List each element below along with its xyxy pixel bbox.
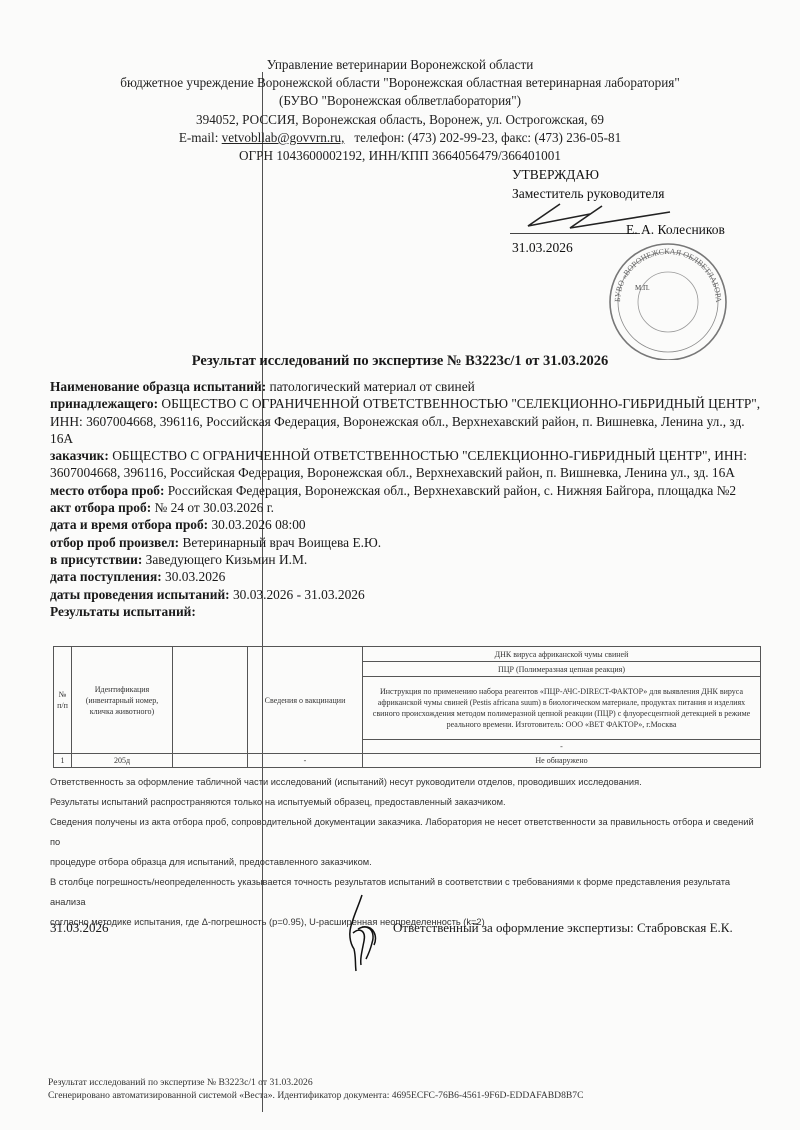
field-sampling-act: акт отбора проб: № 24 от 30.03.2026 г. xyxy=(50,499,762,516)
table-header-row-1: № п/п Идентификация (инвентарный номер, … xyxy=(54,647,761,662)
field-received-date: дата поступления: 30.03.2026 xyxy=(50,568,762,585)
svg-text:М.П.: М.П. xyxy=(635,284,650,292)
field-sample-name: Наименование образца испытаний: патологи… xyxy=(50,378,762,395)
col-header-instruction: Инструкция по применению набора реагенто… xyxy=(363,677,761,740)
col-header-num: № п/п xyxy=(54,647,72,754)
signoff-date: 31.03.2026 xyxy=(50,920,109,936)
field-test-dates: даты проведения испытаний: 30.03.2026 - … xyxy=(50,586,762,603)
header-authority: Управление ветеринарии Воронежской облас… xyxy=(0,56,800,74)
footer: Результат исследований по экспертизе № В… xyxy=(48,1076,583,1102)
field-sampling-datetime: дата и время отбора проб: 30.03.2026 08:… xyxy=(50,516,762,533)
col-header-test-name: ДНК вируса африканской чумы свиней xyxy=(363,647,761,662)
cell-vaccination: - xyxy=(248,754,363,768)
approval-underline xyxy=(510,233,640,234)
col-header-unit: - xyxy=(363,740,761,754)
cell-ident: 205д xyxy=(72,754,173,768)
email-label: E-mail: xyxy=(179,130,219,145)
header-institution: бюджетное учреждение Воронежской области… xyxy=(0,74,800,92)
field-sampled-by: отбор проб произвел: Ветеринарный врач В… xyxy=(50,534,762,551)
field-sampling-place: место отбора проб: Российская Федерация,… xyxy=(50,482,762,499)
email-link[interactable]: vetvobllab@govvrn.ru, xyxy=(222,130,345,145)
header-registration: ОГРН 1043600002192, ИНН/КПП 3664056479/3… xyxy=(0,147,800,165)
header-short-name: (БУВО "Воронежская облветлаборатория") xyxy=(0,92,800,110)
responsible-signature-icon xyxy=(340,893,390,973)
header-contacts: E-mail: vetvobllab@govvrn.ru, телефон: (… xyxy=(0,129,800,147)
official-stamp-icon: БУВО «ВОРОНЕЖСКАЯ ОБЛВЕТЛАБОРАТОРИЯ» М.П… xyxy=(583,240,743,360)
responsible-person: Ответственный за оформление экспертизы: … xyxy=(393,920,733,936)
approver-name: Е. А. Колесников xyxy=(626,222,725,238)
note-source: Сведения получены из акта отбора проб, с… xyxy=(50,812,765,852)
note-uncertainty: В столбце погрешность/неопределенность у… xyxy=(50,872,765,912)
cell-empty xyxy=(173,754,248,768)
cell-result: Не обнаружено xyxy=(363,754,761,768)
col-header-method: ПЦР (Полимеразная цепная реакция) xyxy=(363,662,761,677)
field-in-presence: в присутствии: Заведующего Кизьмин И.М. xyxy=(50,551,762,568)
note-responsibility: Ответственность за оформление табличной … xyxy=(50,772,765,792)
note-scope: Результаты испытаний распространяются то… xyxy=(50,792,765,812)
footer-doc-ref: Результат исследований по экспертизе № В… xyxy=(48,1076,583,1089)
document-title: Результат исследований по экспертизе № В… xyxy=(0,353,800,370)
field-owner: принадлежащего: ОБЩЕСТВО С ОГРАНИЧЕННОЙ … xyxy=(50,395,762,447)
approval-date: 31.03.2026 xyxy=(512,240,573,256)
col-header-empty xyxy=(173,647,248,754)
svg-text:БУВО «ВОРОНЕЖСКАЯ ОБЛВЕТЛАБОРА: БУВО «ВОРОНЕЖСКАЯ ОБЛВЕТЛАБОРАТОРИЯ» xyxy=(583,240,723,303)
note-source-cont: процедуре отбора образца для испытаний, … xyxy=(50,852,765,872)
results-table: № п/п Идентификация (инвентарный номер, … xyxy=(53,646,761,768)
approval-title: УТВЕРЖДАЮ xyxy=(512,167,599,183)
col-header-vaccination: Сведения о вакцинации xyxy=(248,647,363,754)
cell-num: 1 xyxy=(54,754,72,768)
notes-section: Ответственность за оформление табличной … xyxy=(50,772,765,932)
phone-fax: телефон: (473) 202-99-23, факс: (473) 23… xyxy=(354,130,621,145)
col-header-ident: Идентификация (инвентарный номер, кличка… xyxy=(72,647,173,754)
header-address: 394052, РОССИЯ, Воронежская область, Вор… xyxy=(0,111,800,129)
table-row: 1 205д - Не обнаружено xyxy=(54,754,761,768)
footer-generator: Сгенерировано автоматизированной системо… xyxy=(48,1089,583,1102)
sample-info-fields: Наименование образца испытаний: патологи… xyxy=(50,378,762,620)
field-results-heading: Результаты испытаний: xyxy=(50,603,762,620)
field-customer: заказчик: ОБЩЕСТВО С ОГРАНИЧЕННОЙ ОТВЕТС… xyxy=(50,447,762,482)
